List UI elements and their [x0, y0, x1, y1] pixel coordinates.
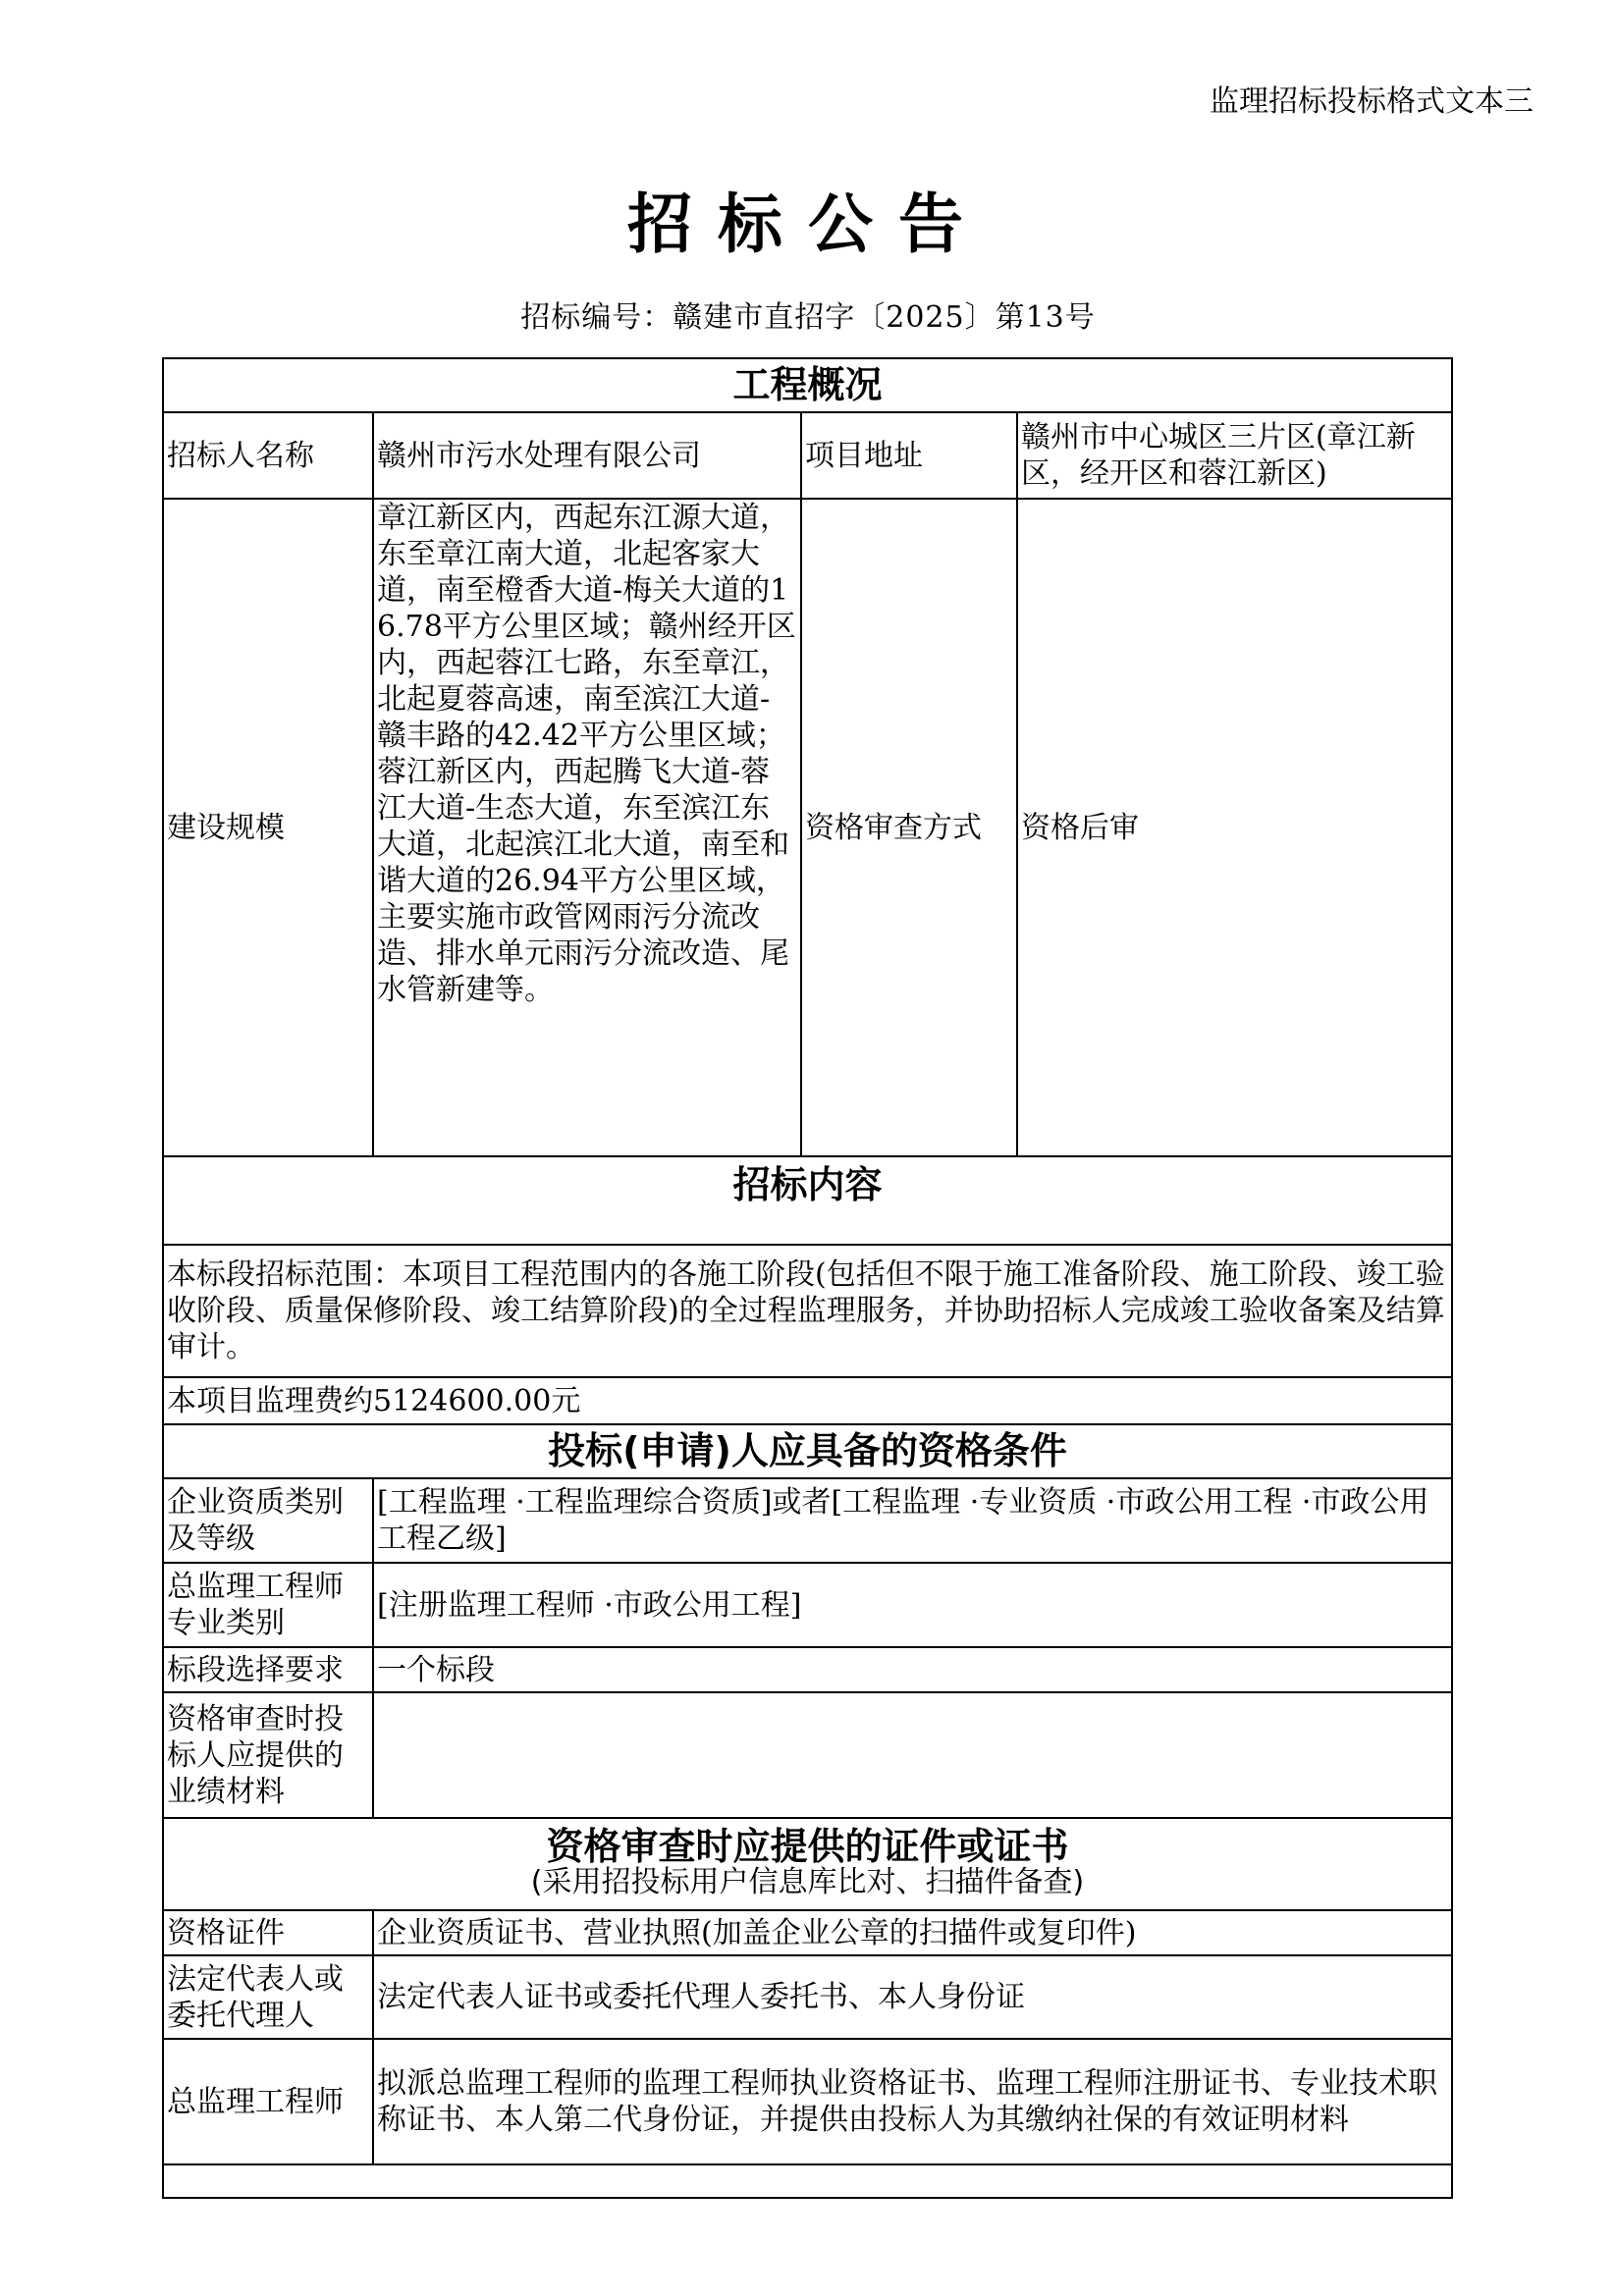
section-heading-content: 招标内容 [163, 1156, 1452, 1245]
section-heading-certificates: 资格审查时应提供的证件或证书 (采用招投标用户信息库比对、扫描件备查) [163, 1818, 1452, 1910]
qualification-label: 企业资质类别及等级 [163, 1478, 373, 1563]
empty-footer-row [163, 2164, 1452, 2198]
qualification-value: [注册监理工程师 ·市政公用工程] [373, 1563, 1452, 1647]
address-label: 项目地址 [801, 412, 1017, 499]
qualification-value [373, 1692, 1452, 1818]
tender-announcement-table: 工程概况 招标人名称 赣州市污水处理有限公司 项目地址 赣州市中心城区三片区(章… [162, 357, 1453, 2199]
qualification-label: 标段选择要求 [163, 1647, 373, 1692]
review-method-label: 资格审查方式 [801, 499, 1017, 1156]
address-value: 赣州市中心城区三片区(章江新区，经开区和蓉江新区) [1017, 412, 1452, 499]
scale-value: 章江新区内，西起东江源大道，东至章江南大道，北起客家大道，南至橙香大道-梅关大道… [373, 499, 801, 1156]
scale-label: 建设规模 [163, 499, 373, 1156]
certificate-value: 企业资质证书、营业执照(加盖企业公章的扫描件或复印件) [373, 1910, 1452, 1955]
tender-scope: 本标段招标范围：本项目工程范围内的各施工阶段(包括但不限于施工准备阶段、施工阶段… [163, 1245, 1452, 1377]
qualification-label: 总监理工程师专业类别 [163, 1563, 373, 1647]
certificate-value: 法定代表人证书或委托代理人委托书、本人身份证 [373, 1955, 1452, 2039]
tender-number: 招标编号：赣建市直招字〔2025〕第13号 [0, 293, 1616, 336]
certificate-label: 总监理工程师 [163, 2039, 373, 2164]
tenderer-label: 招标人名称 [163, 412, 373, 499]
certificate-value: 拟派总监理工程师的监理工程师执业资格证书、监理工程师注册证书、专业技术职称证书、… [373, 2039, 1452, 2164]
review-method-value: 资格后审 [1017, 499, 1452, 1156]
certificate-label: 法定代表人或委托代理人 [163, 1955, 373, 2039]
qualification-value: 一个标段 [373, 1647, 1452, 1692]
tenderer-value: 赣州市污水处理有限公司 [373, 412, 801, 499]
certificates-heading: 资格审查时应提供的证件或证书 [547, 1825, 1069, 1868]
qualification-value: [工程监理 ·工程监理综合资质]或者[工程监理 ·专业资质 ·市政公用工程 ·市… [373, 1478, 1452, 1563]
supervision-fee: 本项目监理费约5124600.00元 [163, 1377, 1452, 1424]
page-title: 招标公告 [0, 172, 1616, 265]
qualification-label: 资格审查时投标人应提供的业绩材料 [163, 1692, 373, 1818]
section-heading-qualifications: 投标(申请)人应具备的资格条件 [163, 1424, 1452, 1478]
section-heading-overview: 工程概况 [163, 358, 1452, 412]
document-template-tag: 监理招标投标格式文本三 [1210, 77, 1534, 120]
certificates-subheading: (采用招投标用户信息库比对、扫描件备查) [167, 1865, 1448, 1900]
certificate-label: 资格证件 [163, 1910, 373, 1955]
